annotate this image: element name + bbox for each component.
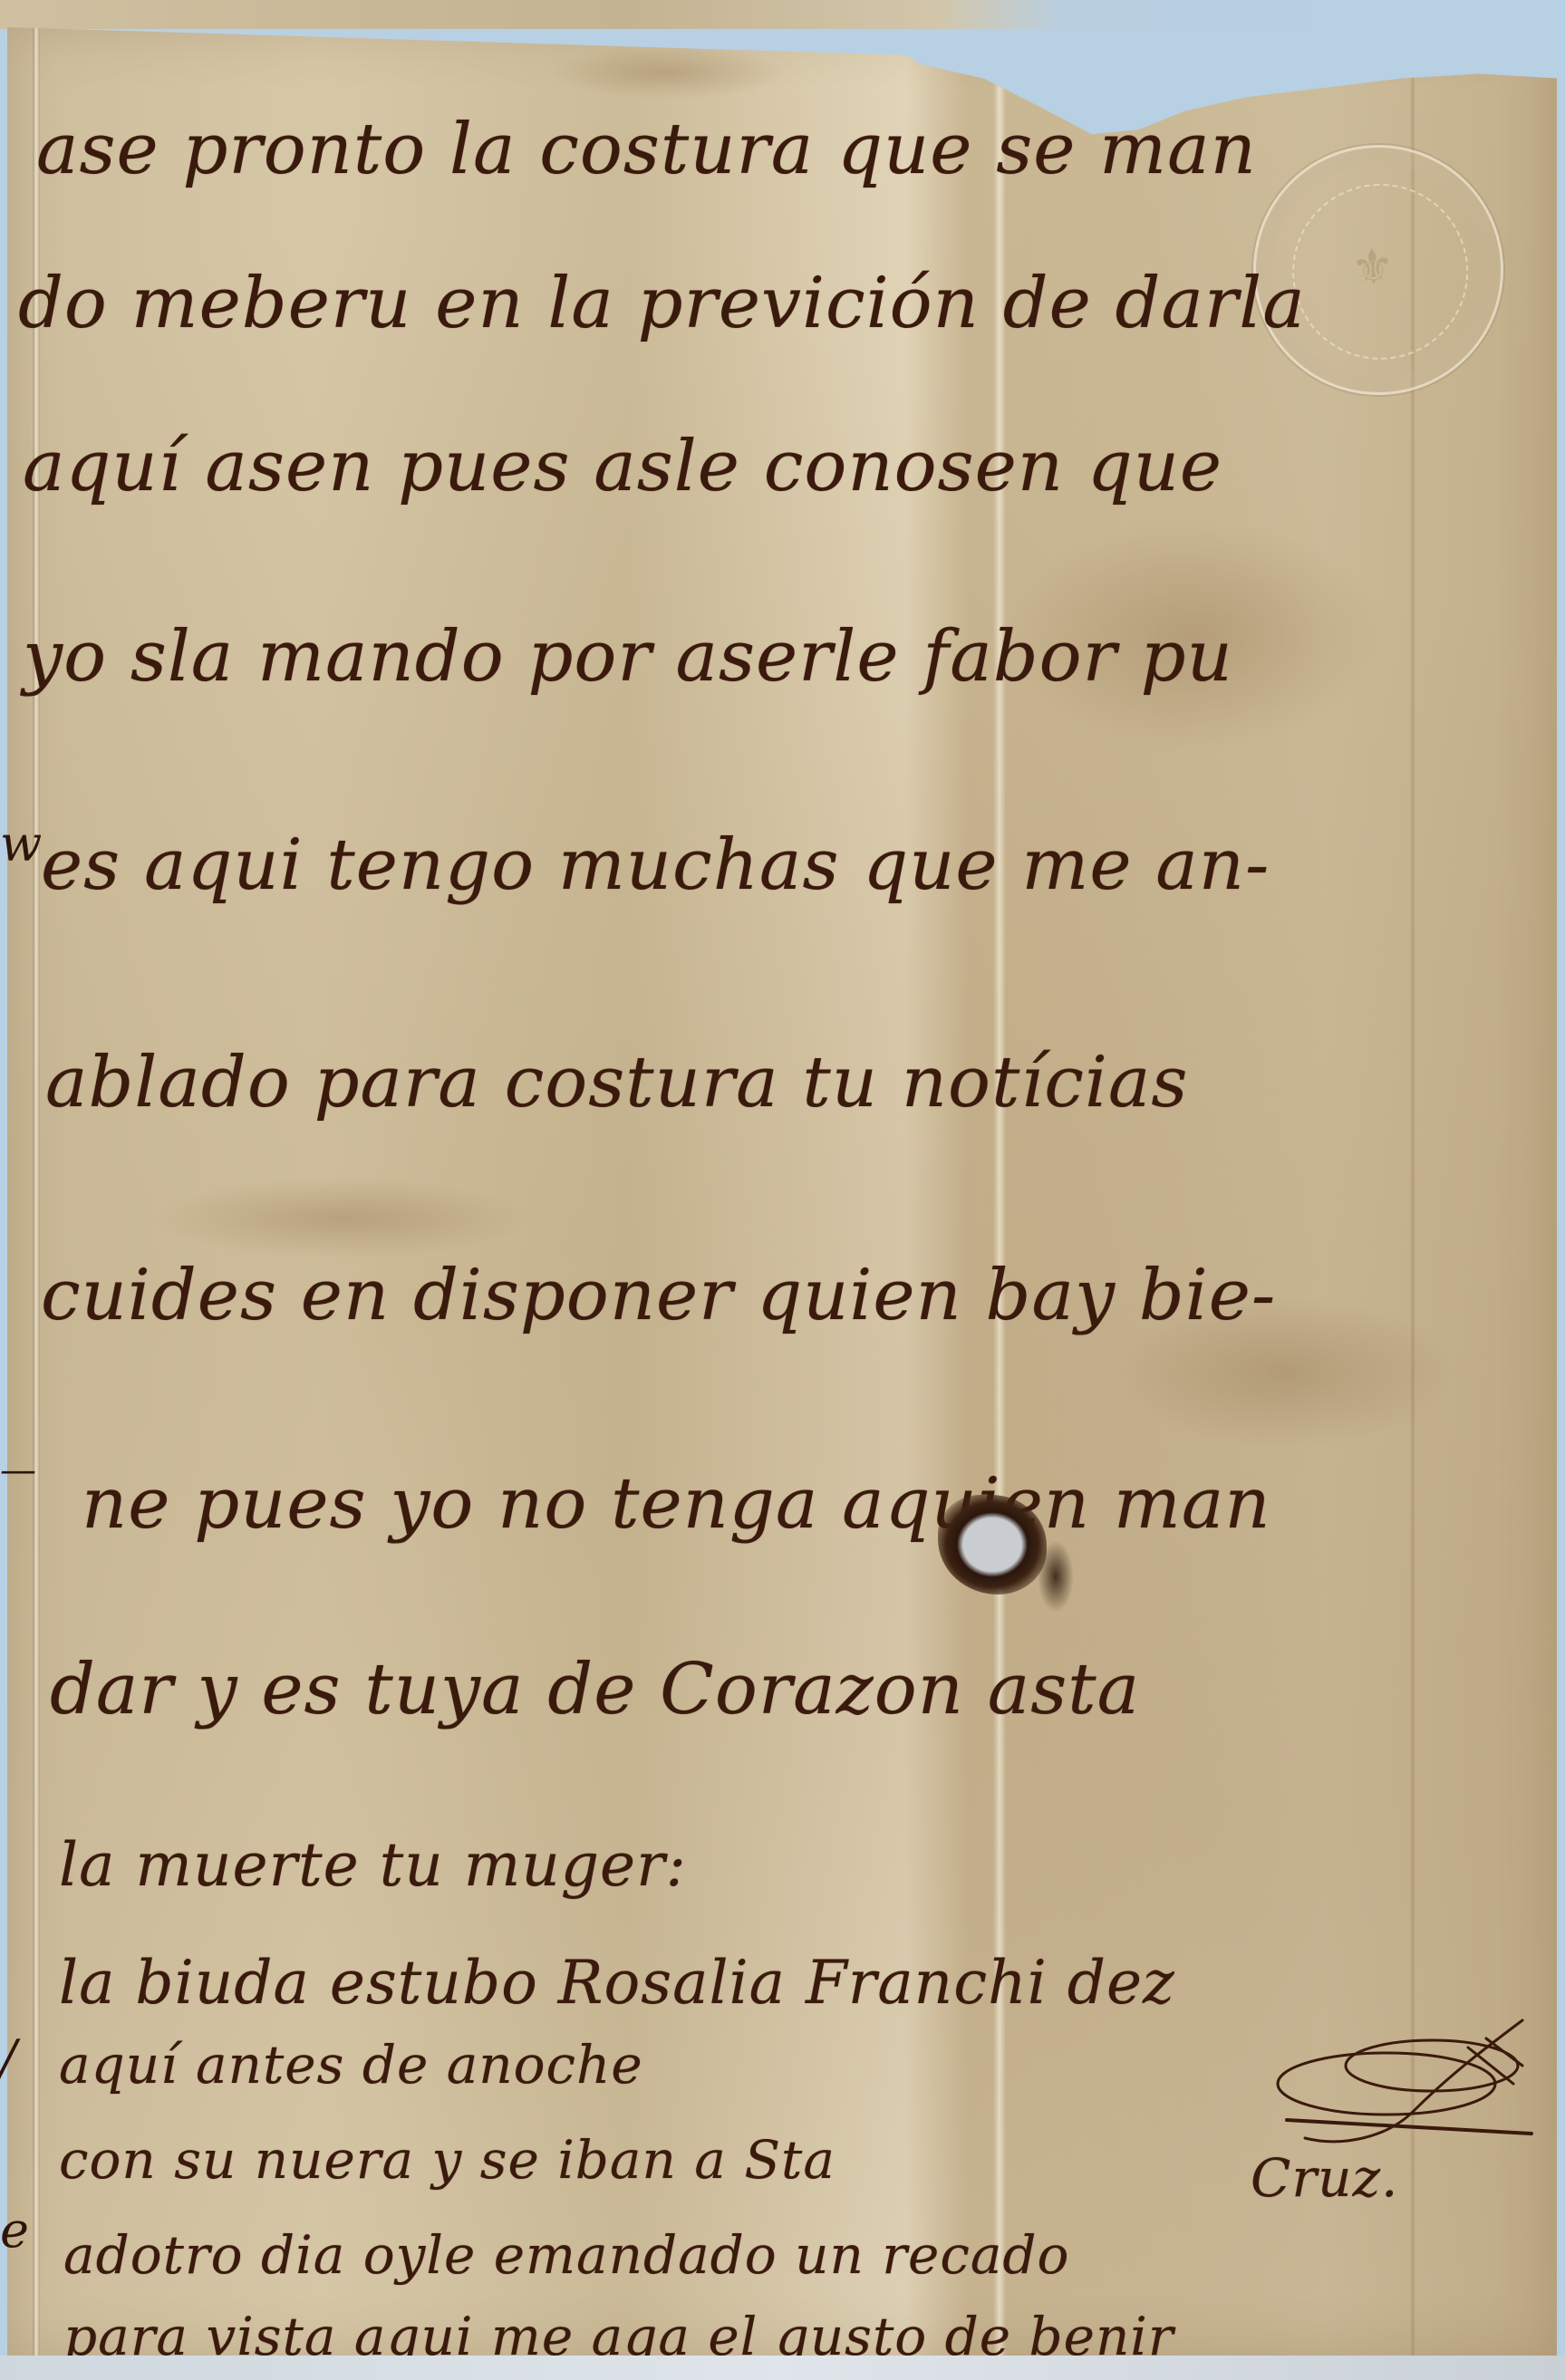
fold-crease-left <box>33 27 40 2356</box>
letter-line-8: ne pues yo no tenga aquien man <box>82 1463 1271 1545</box>
margin-fragment: w <box>0 815 42 872</box>
burn-mark <box>1038 1540 1074 1613</box>
interlinear-note: Cruz. <box>1251 2147 1398 2209</box>
photo-top-edge <box>0 0 1565 29</box>
letter-line-11: la biuda estubo Rosalia Franchi dez <box>59 1948 1175 2018</box>
letter-line-9: dar y es tuya de Corazon asta <box>50 1649 1140 1730</box>
letter-line-3: aquí asen pues asle conosen que <box>23 426 1222 507</box>
letter-line-14: adotro dia oyle emandado un recado <box>63 2224 1069 2286</box>
document-photo: ⚜ ase pronto la costura que se man do me… <box>0 0 1565 2380</box>
fleur-de-lis-icon: ⚜ <box>1349 237 1397 297</box>
letter-line-7: cuides en disponer quien bay bie- <box>41 1255 1276 1336</box>
edge-stain <box>551 45 787 100</box>
letter-line-2: do meberu en la previción de darla <box>18 263 1306 344</box>
signature-flourish-icon <box>1251 2011 1541 2156</box>
margin-fragment: e <box>0 2202 29 2259</box>
letter-line-4: yo sla mando por aserle fabor pu <box>23 616 1233 698</box>
letter-line-10: la muerte tu muger: <box>59 1830 687 1900</box>
photo-bottom-edge <box>0 2356 1565 2380</box>
letter-line-13: con su nuera y se iban a Sta <box>59 2129 836 2191</box>
water-stain <box>152 1178 533 1259</box>
letter-line-12: aquí antes de anoche <box>59 2034 643 2096</box>
margin-fragment: — <box>0 1450 36 1491</box>
letter-line-6: ablado para costura tu notícias <box>45 1042 1188 1123</box>
letter-line-1: ase pronto la costura que se man <box>36 109 1257 190</box>
letter-line-5: es aqui tengo muchas que me an- <box>41 824 1270 906</box>
margin-fragment: / <box>0 2029 16 2086</box>
